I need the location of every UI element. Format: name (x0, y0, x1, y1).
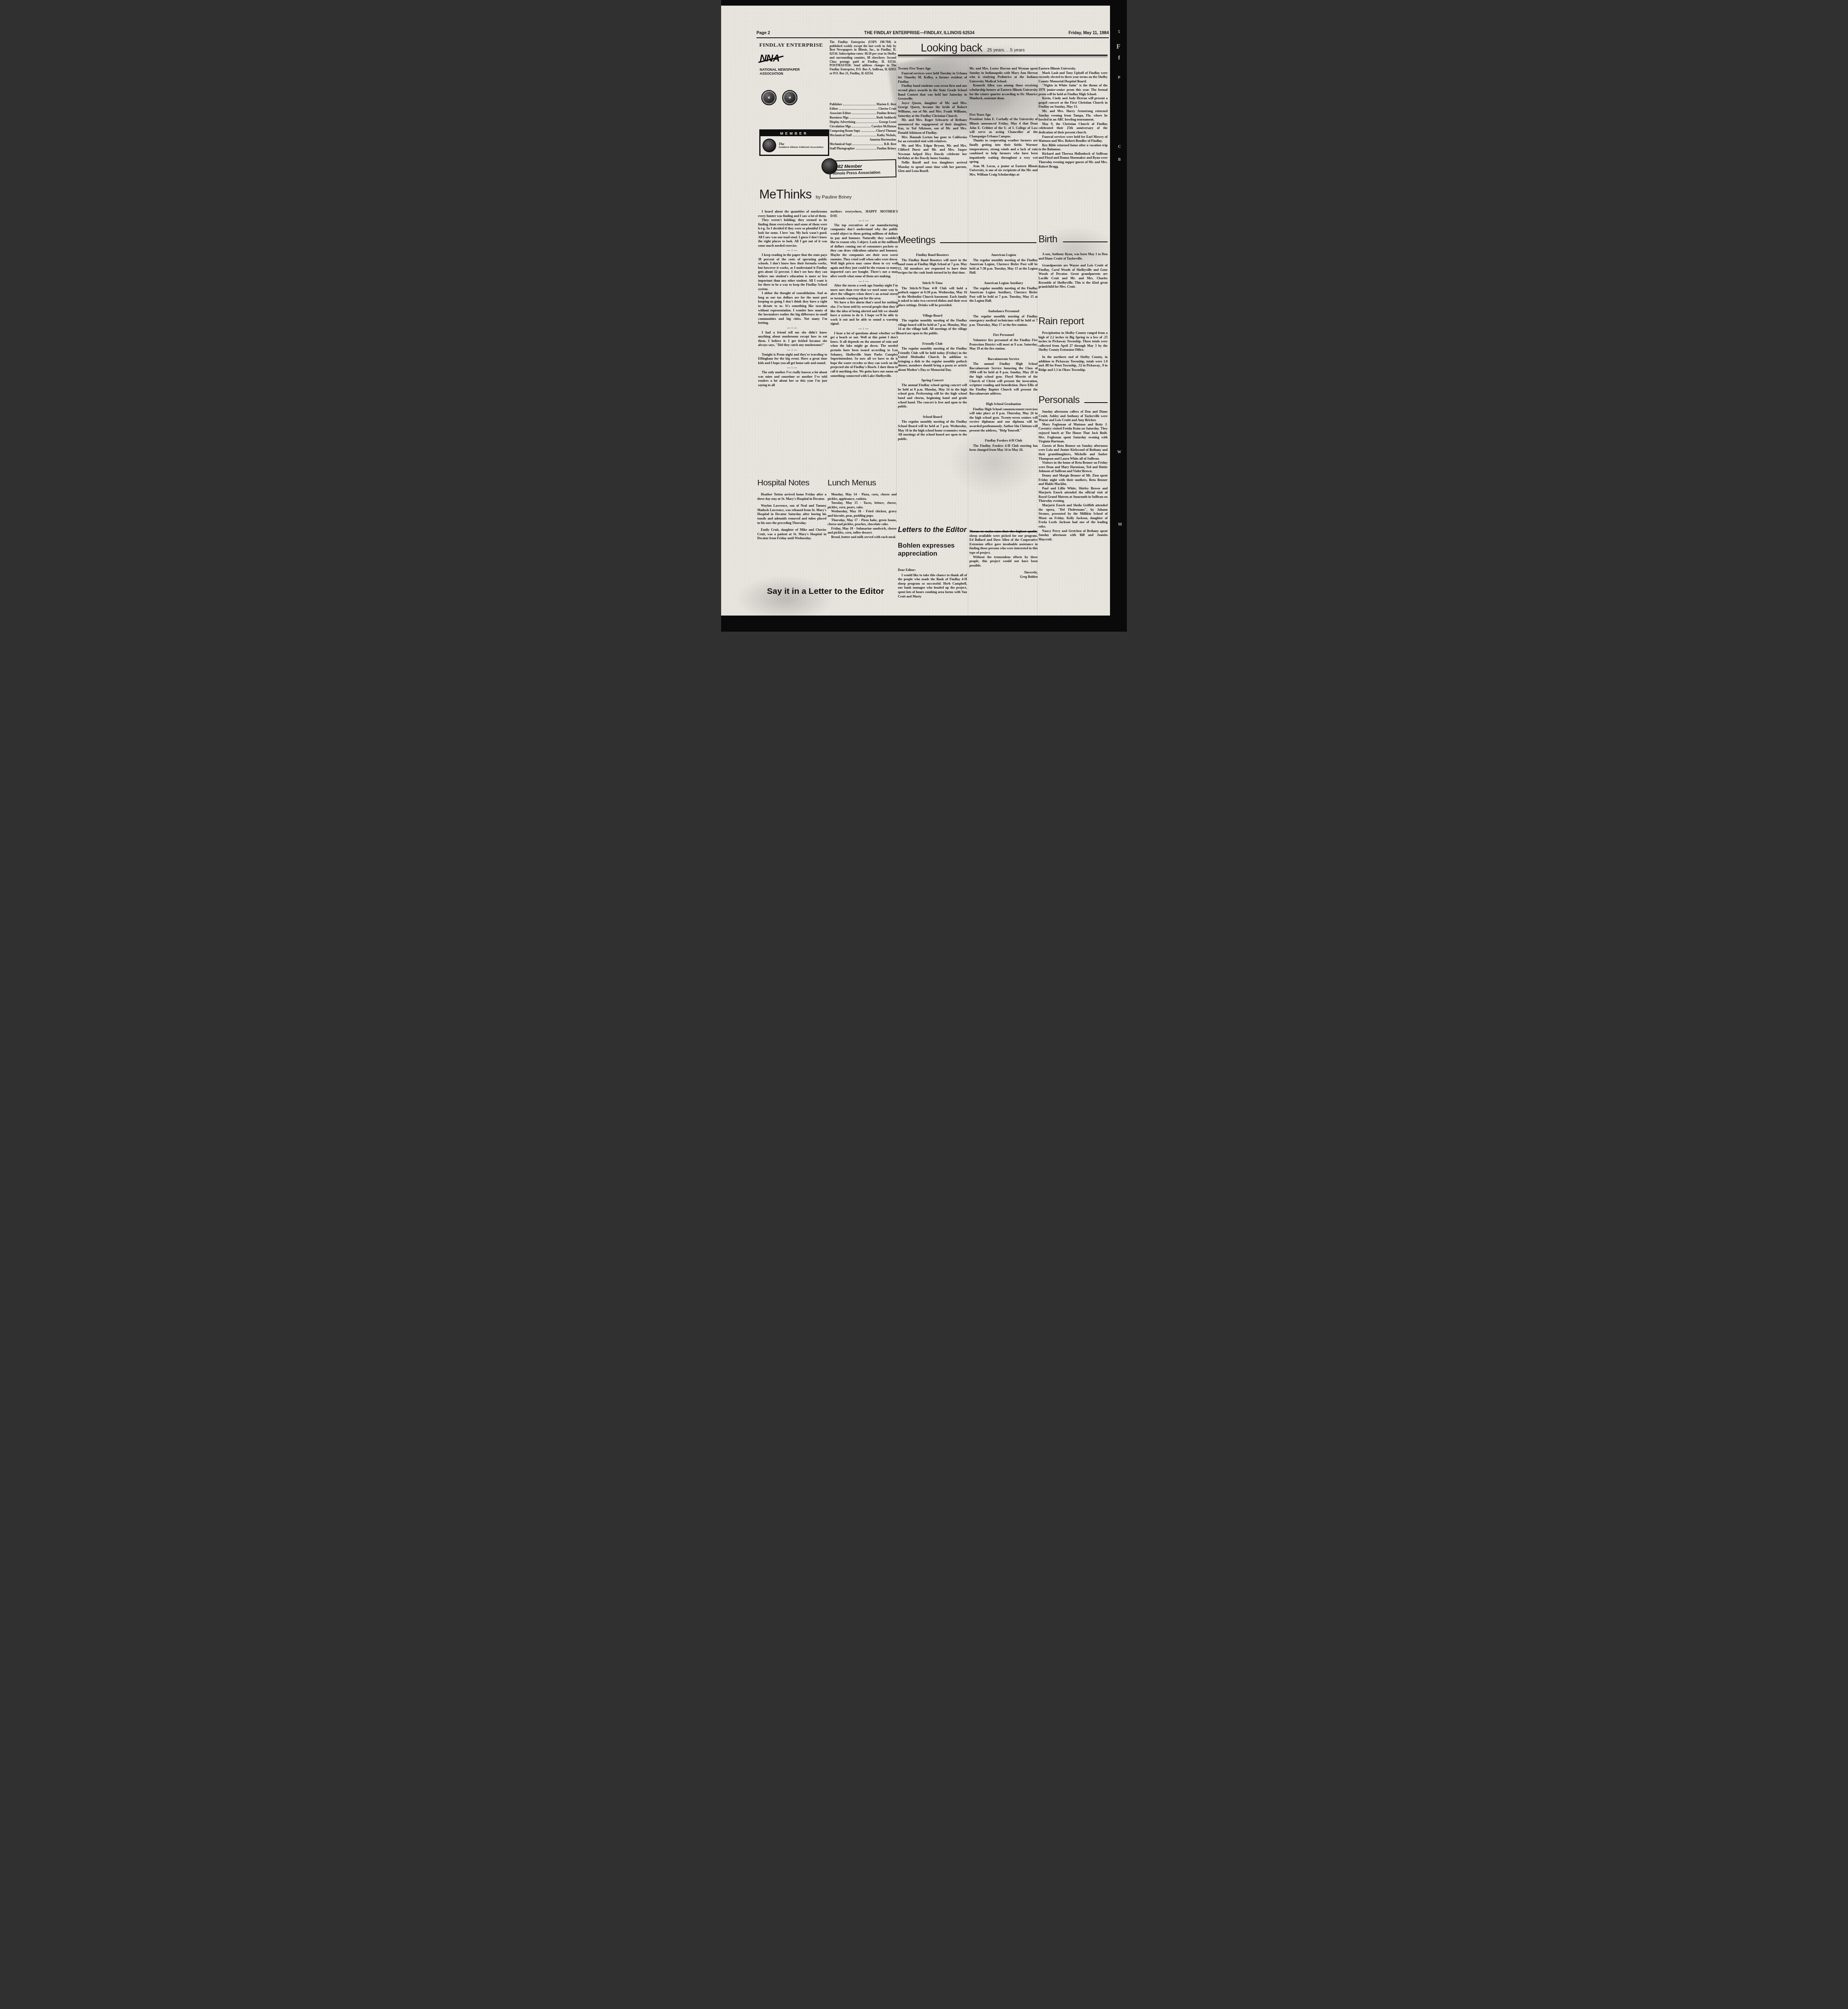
meeting-item: Friendly ClubThe regular monthly meeting… (898, 342, 967, 372)
staff-role: Bussiness Mgr. (830, 115, 849, 120)
staff-row: Circulation Mgr.Carolyn McHatton (830, 124, 896, 129)
paragraph: Monday, May 14 - Pizza, corn, cheese and… (828, 493, 897, 501)
press-association-badge: 1982 Member Illinois Press Association (830, 159, 897, 178)
paragraph: Emily Cruit, daughter of Mike and Cheris… (757, 528, 826, 541)
staff-row: Associate EditorPauline Briney (830, 111, 896, 115)
meetings-title: Meetings (898, 235, 935, 246)
paragraph: President John E. Corbally of the Univer… (969, 117, 1038, 139)
newspaper-page: Page 2 THE FINDLAY ENTERPRISE—FINDLAY, I… (721, 0, 1127, 632)
meeting-body: The regular monthly meeting of the Findl… (898, 347, 967, 372)
letter-column-1: Dear Editor: I would like to take this c… (898, 568, 967, 599)
nna-association-name: NATIONAL NEWSPAPER ASSOCIATION (760, 68, 804, 76)
personals-text: Sunday afternoon callers of Don and Dian… (1038, 410, 1108, 542)
meeting-head: American Legion Auxiliary (969, 281, 1038, 286)
member-box: MEMBER The Southern Illinois Editorial A… (759, 129, 829, 156)
torn-edge-text: F (1116, 43, 1120, 51)
paragraph: I heard about the quantities of mushroom… (758, 210, 827, 218)
leader-dots (852, 114, 876, 114)
staff-name: Cheryl Thomas (876, 129, 896, 133)
meeting-head: School Board (898, 415, 967, 419)
five-years-head: Five Years Ago (969, 113, 1038, 117)
paragraph: Mr. and Mrs. Edgar Bryson, Mr. and Mrs. … (898, 144, 967, 161)
paragraph-divider: —:— (830, 327, 898, 331)
staff-row: Annetta Hortenstine (830, 137, 896, 142)
meeting-body: The annual Findlay High School Baccalaur… (969, 362, 1038, 396)
lunch-menus-text: Monday, May 14 - Pizza, corn, cheese and… (828, 493, 897, 540)
letter-closing-word: Sincerely, (969, 570, 1038, 575)
paragraph: Bread, butter and milk served with each … (828, 535, 897, 540)
leader-dots (856, 149, 876, 149)
staff-name: Carolyn McHatton (871, 124, 896, 129)
torn-edge-text: f (1118, 55, 1120, 61)
meeting-head: Spring Concert (898, 378, 967, 383)
paragraph: Marjorie Enoch and Sheila Griffith atten… (1038, 503, 1108, 529)
publication-info: The Findlay Enterprise (USPS 190-760) is… (830, 40, 896, 75)
header-rule (756, 37, 1109, 38)
paragraph: Mary Fogleman of Mattoon and Betty J. Co… (1038, 423, 1108, 444)
letter-title-line: appreciation (898, 550, 955, 558)
staff-row: Mechanical StaffKathy Nichols, (830, 133, 896, 137)
paragraph: Thursday, May 17 - Pizza bake, green bea… (828, 518, 897, 527)
methinks-title: MeThinks (759, 187, 812, 202)
methinks-column-2: mothers everywhere, HAPPY MOTHER'S DAY.—… (830, 210, 898, 378)
meeting-body: The annual Findlay school spring concert… (898, 383, 967, 409)
meeting-item: Village BoardThe regular monthly meeting… (898, 314, 967, 336)
paragraph: Tonight is Prom night and they're travel… (758, 353, 827, 366)
page-number: Page 2 (756, 31, 770, 35)
personals-heading: Personals (1038, 395, 1108, 406)
meeting-item: Findlay Feeders 4-H ClubThe Findlay Feed… (969, 439, 1038, 452)
leader-dots (852, 136, 876, 136)
birth-text: A son, Anthony Ryan, was born May 1 to D… (1038, 252, 1108, 292)
meeting-item: Baccalaureate ServiceThe annual Findlay … (969, 357, 1038, 396)
rain-report-heading: Rain report (1038, 316, 1084, 327)
birth-rule (1063, 241, 1108, 242)
personals-title: Personals (1038, 395, 1079, 406)
meeting-head: Stitch-N-Time (898, 281, 967, 286)
paragraph: Joyce Queen, daughter of Mr. and Mrs. Ge… (898, 101, 967, 118)
paragraph: Visitors in the home of Reta Benner on F… (1038, 461, 1108, 474)
paragraph: Nancy Perry and Gretchen of Bethany spen… (1038, 529, 1108, 542)
paragraph: Denny and Margie Benner of Mt. Zion spen… (1038, 474, 1108, 487)
hospital-notes-text: Heather Totten arrived home Friday after… (757, 493, 826, 544)
letter-signature: Greg Bohlen (969, 575, 1038, 579)
meeting-body: Volunteer fire personnel of the Findlay … (969, 338, 1038, 351)
paragraph: In the northern end of Shelby County, in… (1038, 355, 1108, 372)
association-the: The (779, 142, 824, 146)
meetings-rule (940, 242, 1036, 243)
meeting-head: American Legion (969, 253, 1038, 258)
lunch-menus-title: Lunch Menus (828, 478, 876, 488)
leader-dots (850, 118, 876, 119)
paragraph: I abhor the thought of consolidation. An… (758, 291, 827, 325)
five-years-items: President John E. Corbally of the Univer… (969, 117, 1038, 177)
meeting-body: The Findlay Band Boosters will meet in t… (898, 258, 967, 275)
paper-name: FINDLAY ENTERPRISE (759, 42, 823, 48)
letter-column-2: Moran to make sure that the highest qual… (969, 530, 1038, 579)
methinks-byline: by Pauline Briney (816, 195, 852, 200)
date: Friday, May 11, 1984 (1069, 31, 1109, 35)
personals-rule (1084, 402, 1108, 403)
leader-dots (861, 131, 875, 132)
paragraph: Moran to make sure that the highest qual… (969, 530, 1038, 555)
looking-back-title: Looking back (921, 42, 982, 54)
staff-name: Kathy Nichols, (877, 133, 896, 137)
meetings-column-1: Findlay Band BoostersThe Findlay Band Bo… (898, 253, 967, 447)
scan-border-top (721, 0, 1127, 6)
hospital-notes-heading: Hospital Notes (757, 478, 810, 488)
paragraph: I would like to take this chance to than… (898, 573, 967, 599)
paragraph-divider: —:— (758, 248, 827, 253)
paragraph: Tuesday, May 15 - Tacos, lettuce, cheese… (828, 501, 897, 509)
looking-back-column-2: Mr. and Mrs. Lester Herron and Wyman spe… (969, 67, 1038, 177)
paragraph: mothers everywhere, HAPPY MOTHER'S DAY. (830, 210, 898, 218)
paragraph: Findlay band students won seven first an… (898, 84, 967, 101)
paragraph: I keep reading in the paper that the sta… (758, 253, 827, 291)
staff-name: Pauline Briney (877, 111, 896, 115)
meeting-head: Ambulance Personnel (969, 309, 1038, 314)
looking-back-heading: Looking back 25 years. . .5 years (921, 42, 1025, 54)
paragraph: Guests of Reta Benner on Sunday afternoo… (1038, 444, 1108, 461)
eagle-seal-icon: ★ (761, 90, 777, 105)
paragraph: The top executives of car manufacturing … (830, 223, 898, 279)
meeting-body: The regular monthly meeting of the Findl… (969, 258, 1038, 275)
paragraph-divider: —:— (758, 348, 827, 352)
paragraph: Rex Bible returned home after a vacation… (1038, 143, 1108, 152)
member-label: MEMBER (760, 131, 828, 136)
rain-report-title: Rain report (1038, 316, 1084, 327)
letters-title: Letters to the Editor (898, 526, 967, 534)
paragraph: "Nights in White Satin" is the theme of … (1038, 84, 1108, 96)
paragraph-divider: —:— (758, 326, 827, 330)
hospital-notes-title: Hospital Notes (757, 478, 810, 488)
looking-back-rule (898, 55, 1108, 56)
eagle-seal-icon: ★ (782, 90, 797, 105)
letter-body: Moran to make sure that the highest qual… (969, 530, 1038, 568)
paragraph: Precipitation in Shelby County ranged fr… (1038, 331, 1108, 352)
paragraph: I had a friend tell me she didn't know a… (758, 331, 827, 348)
staff-row: EditorCherise Cruit (830, 106, 896, 111)
meeting-item: High School GraduationFindlay High Schoo… (969, 402, 1038, 433)
meeting-head: Friendly Club (898, 342, 967, 346)
leader-dots (852, 145, 883, 145)
paragraph: Paul and Lillie White, Shirley Brown and… (1038, 487, 1108, 503)
paragraph-divider: —:— (830, 219, 898, 223)
staff-role: Staff Photographer (830, 146, 855, 151)
paragraph: Friday, May 18 - Submarine sandwich, che… (828, 527, 897, 535)
meeting-item: Findlay Band BoostersThe Findlay Band Bo… (898, 253, 967, 275)
staff-role: Circulation Mgr. (830, 124, 851, 129)
meeting-head: Findlay Band Boosters (898, 253, 967, 258)
paragraph: They weren't kidding; they seemed to be … (758, 218, 827, 248)
letter-closing: Sincerely, Greg Bohlen (969, 570, 1038, 579)
meeting-item: American LegionThe regular monthly meeti… (969, 253, 1038, 275)
meeting-head: Findlay Feeders 4-H Club (969, 439, 1038, 443)
staff-row: Mechanical SuptR.R. Best (830, 142, 896, 146)
paragraph: Eastern Illinois University. (1038, 67, 1108, 71)
paragraph: Heather Totten arrived home Friday after… (757, 493, 826, 501)
meeting-body: The regular monthly meeting of the Findl… (898, 319, 967, 336)
twenty-five-years-items: Mr. and Mrs. Lester Herron and Wyman spe… (969, 67, 1038, 101)
birth-heading: Birth (1038, 234, 1108, 245)
staff-name: Annetta Hortenstine (870, 137, 896, 142)
staff-name: Cherise Cruit (879, 106, 897, 111)
paragraph-divider: —:— (830, 279, 898, 284)
association-name: Southern Illinois Editorial Association (779, 145, 824, 149)
meeting-item: American Legion AuxiliaryThe regular mon… (969, 281, 1038, 303)
meeting-item: School BoardThe regular monthly meeting … (898, 415, 967, 442)
rain-report-text: Precipitation in Shelby County ranged fr… (1038, 331, 1108, 375)
paragraph: I hear a lot of questions about whether … (830, 331, 898, 378)
paragraph: Waylon Lawrence, son of Neal and Tammy M… (757, 504, 826, 525)
footer-banner: Say it in a Letter to the Editor (767, 587, 884, 596)
staff-row: Bussiness Mgr.Ruth Suddarth (830, 115, 896, 120)
masthead-line: THE FINDLAY ENTERPRISE—FINDLAY, ILLINOIS… (864, 31, 974, 35)
association-text: The Southern Illinois Editorial Associat… (779, 142, 824, 149)
paragraph: After the storm a week ago Sunday night … (830, 284, 898, 301)
meeting-head: High School Graduation (969, 402, 1038, 407)
staff-name: Pauline Briney (877, 146, 896, 151)
twenty-five-years-head: Twenty Five Years Ago (898, 67, 967, 71)
looking-back-column-3: Eastern Illinois University.Mark Lash an… (1038, 67, 1108, 169)
torn-edge-text: 5 (1118, 30, 1120, 34)
nna-logo-icon: NNA (760, 53, 779, 64)
paragraph: Mr. and Mrs. Roger Schwartz of Bethany a… (898, 118, 967, 135)
staff-role: Associate Editor (830, 111, 851, 115)
nna-logo: NNA NATIONAL NEWSPAPER ASSOCIATION (760, 53, 808, 76)
torn-edge-text: M (1118, 522, 1122, 527)
meeting-body: The Stitch-N-Time 4-H Club will hold a p… (898, 286, 967, 308)
letter-title-line: Bohlen expresses (898, 542, 955, 550)
meeting-body: The regular monthly meeting of the Findl… (898, 420, 967, 441)
staff-role: Display Advertising (830, 120, 855, 124)
meeting-head: Village Board (898, 314, 967, 318)
staff-row: Display AdvertisingGeorge Lozzi (830, 120, 896, 124)
meeting-item: Spring ConcertThe annual Findlay school … (898, 378, 967, 409)
leader-dots (843, 105, 876, 105)
birth-title: Birth (1038, 234, 1057, 245)
meeting-body: Findlay High School commencement exercis… (969, 407, 1038, 433)
paragraph: Funeral services were held Tuesday in Ur… (898, 72, 967, 84)
paragraph: Wednesday, May 16 - Fried chicken, gravy… (828, 509, 897, 518)
torn-edge-text: B (1118, 158, 1121, 162)
looking-back-column-1: Twenty Five Years Ago Funeral services w… (898, 67, 967, 174)
paragraph: Kenneth Allen was among those receiving … (969, 84, 1038, 100)
staff-name: George Lozzi (879, 120, 896, 124)
paragraph: A son, Anthony Ryan, was born May 1 to D… (1038, 252, 1108, 261)
bird-seal-icon (763, 139, 776, 152)
paragraph-divider: —:— (758, 366, 827, 370)
looking-back-rule (898, 57, 1108, 57)
paragraph: The only mother I've really known a lot … (758, 370, 827, 387)
staff-row: PublisherMarion E. Best (830, 102, 896, 106)
meeting-item: Stitch-N-TimeThe Stitch-N-Time 4-H Club … (898, 281, 967, 308)
meeting-head: Baccalaureate Service (969, 357, 1038, 362)
paragraph: Funeral services were held for Earl Mowr… (1038, 135, 1108, 143)
badge-association: Illinois Press Association (833, 170, 893, 176)
meeting-item: Ambulance PersonnelThe regular monthly m… (969, 309, 1038, 327)
paragraph: May 9, the Christian Church of Findlay c… (1038, 122, 1108, 135)
paragraph: Thanks to cooperating weather farmers ar… (969, 139, 1038, 164)
lunch-menus-heading: Lunch Menus (828, 478, 876, 488)
paragraph: Without the tremendous efforts by these … (969, 555, 1038, 568)
meeting-body: The regular monthly meeting of Findlay e… (969, 315, 1038, 327)
paragraph: Mrs. Hannah Lorton has gone to Californi… (898, 135, 967, 144)
staff-row: Composing Room Supt.Cheryl Thomas (830, 129, 896, 133)
leader-dots (852, 127, 871, 127)
staff-role: Editor (830, 106, 838, 111)
staff-role: Mechanical Staff (830, 133, 852, 137)
looking-back-subtitle: 25 years. . .5 years (987, 48, 1025, 53)
association-seals: ★ ★ (761, 90, 797, 105)
leader-dots (856, 123, 878, 123)
meeting-body: The Findlay Feeders 4-H Club meeting has… (969, 444, 1038, 452)
meeting-body: The regular monthly meeting of the Findl… (969, 286, 1038, 303)
torn-edge-text: W (1117, 450, 1121, 454)
meetings-heading: Meetings (898, 235, 1036, 246)
leader-dots (839, 109, 877, 110)
paragraph: Grandparents are Wayne and Lois Cruitt o… (1038, 264, 1108, 289)
paragraph: Mark Lash and Tony Uphoff of Findlay wer… (1038, 71, 1108, 84)
twenty-five-years-items: Funeral services were held Tuesday in Ur… (898, 72, 967, 174)
paragraph: Kevin, Cindy and Judy Herron will presen… (1038, 96, 1108, 109)
meetings-column-2: American LegionThe regular monthly meeti… (969, 253, 1038, 458)
staff-role: Composing Room Supt. (830, 129, 861, 133)
paragraph: We have a fire alarm that's used for not… (830, 301, 898, 326)
staff-name: Marion E. Best (877, 102, 896, 106)
letter-body: I would like to take this chance to than… (898, 573, 967, 599)
staff-name: R.R. Best (884, 142, 896, 146)
methinks-column-1: I heard about the quantities of mushroom… (758, 210, 827, 387)
scan-border-bottom (721, 616, 1127, 632)
torn-edge-text: p (1118, 75, 1120, 79)
paragraph: Nellie Bozell and two daughters arrived … (898, 161, 967, 174)
staff-role: Publisher (830, 102, 842, 106)
staff-role: Mechanical Supt (830, 142, 852, 146)
staff-name: Ruth Suddarth (877, 115, 896, 120)
paragraph: Sunday afternoon callers of Don and Dian… (1038, 410, 1108, 423)
scan-border-right (1110, 0, 1127, 632)
staff-row: Staff PhotographerPauline Briney (830, 146, 896, 151)
meeting-item: Fire PersonnelVolunteer fire personnel o… (969, 333, 1038, 351)
letter-article-title: Bohlen expresses appreciation (898, 542, 955, 558)
paragraph: Richard and Theresa Hollonbeck of Sulliv… (1038, 152, 1108, 169)
letter-salutation: Dear Editor: (898, 568, 967, 573)
torn-edge-text: C (1118, 145, 1121, 149)
paragraph: Jean M. Lucas, a junior at Eastern Illin… (969, 164, 1038, 177)
page-header: Page 2 THE FINDLAY ENTERPRISE—FINDLAY, I… (756, 31, 1109, 35)
paragraph: Mr. and Mrs. Lester Herron and Wyman spe… (969, 67, 1038, 84)
staff-list: PublisherMarion E. Best EditorCherise Cr… (830, 102, 896, 151)
paragraph: Mr. and Mrs. Harry Armstrong returned Su… (1038, 109, 1108, 122)
meeting-head: Fire Personnel (969, 333, 1038, 338)
methinks-heading: MeThinks by Pauline Briney (759, 187, 852, 202)
